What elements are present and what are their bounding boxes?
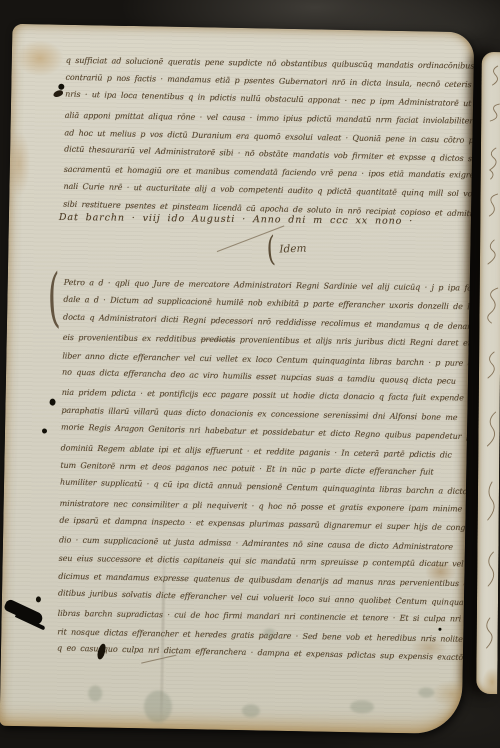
flourish-bracket-icon: (	[266, 234, 276, 265]
stain	[263, 629, 275, 638]
paragraph-2: Petro a d · qpli quo Jure de mercatore A…	[57, 273, 475, 669]
section-mark: Idem	[279, 243, 306, 256]
wormhole-dot	[36, 596, 41, 602]
facing-page-edge	[476, 52, 500, 694]
stain	[242, 704, 260, 717]
wormhole-dot	[42, 428, 47, 433]
section-mark-group: (Idem	[264, 234, 307, 265]
manuscript-page: q sufficiat ad solucionē queratis pene s…	[0, 24, 474, 734]
manuscript-photo: q sufficiat ad solucionē queratis pene s…	[0, 0, 500, 748]
wormhole-dot	[58, 84, 64, 90]
ink-blot	[53, 89, 64, 98]
facing-page-writing	[476, 52, 500, 694]
stain	[418, 687, 434, 697]
paragraph-2-opening-bracket-icon: (	[47, 268, 61, 330]
stain	[88, 685, 102, 701]
wormhole-dot	[438, 628, 441, 631]
stain	[350, 700, 374, 713]
paragraph-1: q sufficiat ad solucionē queratis pene s…	[63, 51, 474, 223]
stain	[144, 690, 173, 723]
wormhole-dot	[49, 399, 55, 406]
